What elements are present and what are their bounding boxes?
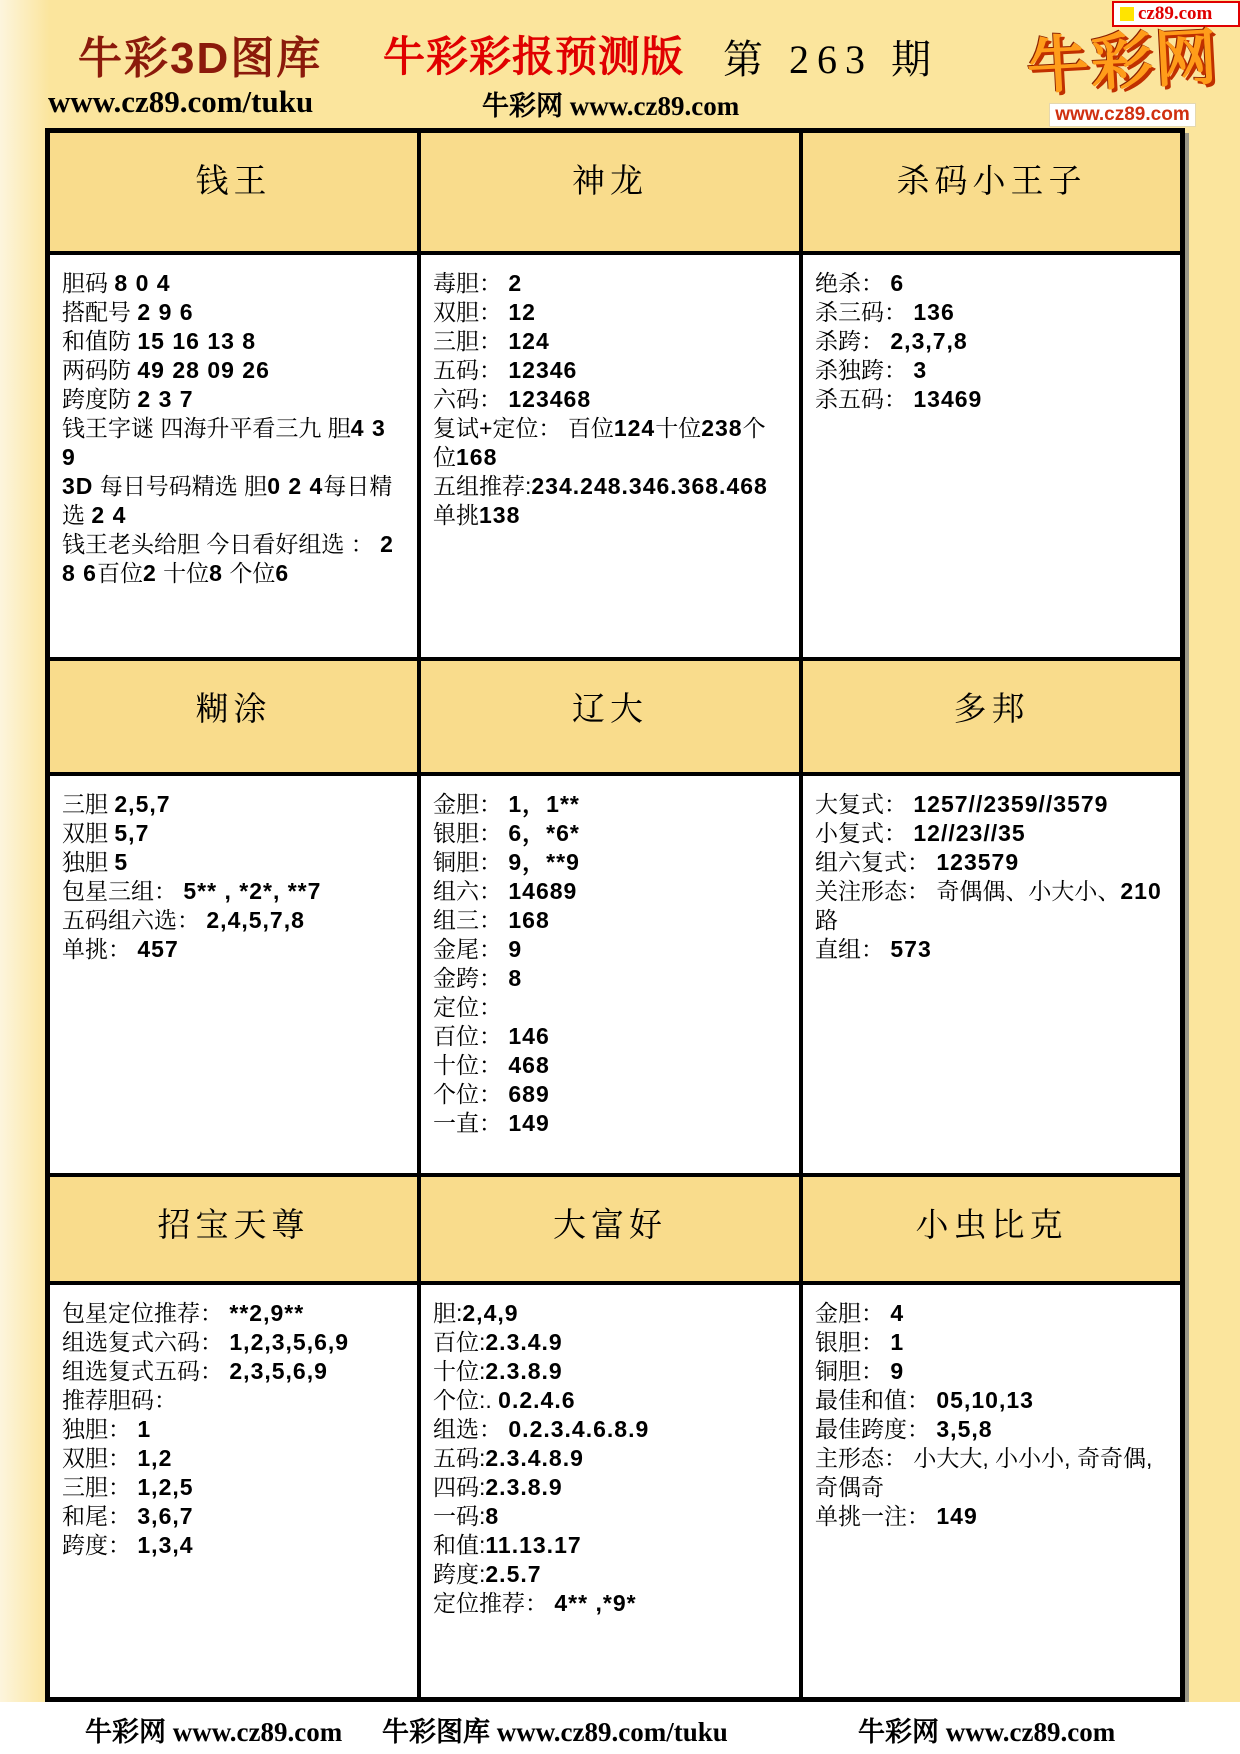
prediction-value: 1,3,4	[137, 1532, 193, 1558]
niucai-logo: 牛彩网 www.cz89.com	[1015, 12, 1230, 127]
prediction-table: 钱王 神龙 杀码小王子 胆码 8 0 4搭配号 2 9 6和值防 15 16 1…	[45, 128, 1185, 1702]
prediction-value: 2.3.4.8.9	[485, 1445, 584, 1471]
cell-body-shenlong: 毒胆： 2双胆： 12三胆： 124五码： 12346六码： 123468复试+…	[419, 253, 801, 659]
prediction-label: 跨度:	[433, 1561, 485, 1587]
cell-body-xiaochong: 金胆： 4银胆： 1铜胆： 9最佳和值： 05,10,13最佳跨度： 3,5,8…	[801, 1283, 1182, 1699]
prediction-line: 定位：	[433, 993, 787, 1022]
prediction-line: 百位： 146	[433, 1022, 787, 1051]
prediction-line: 金跨： 8	[433, 964, 787, 993]
prediction-label: 五码:	[433, 1445, 485, 1471]
prediction-value: 8	[209, 560, 223, 586]
prediction-value: 5,7	[114, 820, 149, 846]
prediction-line: 直组： 573	[815, 935, 1168, 964]
cell-title-dafuhao: 大富好	[419, 1175, 801, 1283]
site-tuku-url[interactable]: www.cz89.com/tuku	[48, 84, 313, 120]
prediction-value: 1	[137, 1416, 151, 1442]
prediction-value: 146	[508, 1023, 549, 1049]
prediction-line: 一码:8	[433, 1502, 787, 1531]
prediction-line: 五码组六选： 2,4,5,7,8	[62, 906, 405, 935]
prediction-value: 2 9 6	[137, 299, 193, 325]
prediction-line: 关注形态： 奇偶偶、小大小、210路	[815, 877, 1168, 935]
page-title: 牛彩彩报预测版	[383, 24, 684, 84]
prediction-line: 钱王字谜 四海升平看三九 胆4 3 9	[62, 414, 405, 472]
prediction-line: 两码防 49 28 09 26	[62, 356, 405, 385]
prediction-value: 2.3.4.9	[485, 1329, 562, 1355]
prediction-label: 六码：	[433, 386, 508, 412]
prediction-label: 百位：	[433, 1023, 508, 1049]
cell-body-zhaobao: 包星定位推荐： **2,9**组选复式六码： 1,2,3,5,6,9组选复式五码…	[48, 1283, 419, 1699]
prediction-label: 和值:	[433, 1532, 485, 1558]
prediction-value: 2.3.8.9	[485, 1358, 562, 1384]
prediction-value: 49 28 09 26	[137, 357, 270, 383]
prediction-value: 1257//2359//3579	[913, 791, 1108, 817]
prediction-value: 0.2.4.6	[498, 1387, 575, 1413]
prediction-value: 234.248.346.368.468	[531, 473, 767, 499]
prediction-label: 小复式：	[815, 820, 913, 846]
cell-title-qianwang: 钱王	[48, 131, 419, 253]
cell-body-qianwang: 胆码 8 0 4搭配号 2 9 6和值防 15 16 13 8两码防 49 28…	[48, 253, 419, 659]
prediction-line: 大复式： 1257//2359//3579	[815, 790, 1168, 819]
prediction-value: 12//23//35	[913, 820, 1025, 846]
prediction-line: 三胆： 1,2,5	[62, 1473, 405, 1502]
prediction-label: 百位	[97, 560, 143, 586]
prediction-label: 独胆	[62, 849, 114, 875]
prediction-line: 独胆 5	[62, 848, 405, 877]
prediction-label: 五组推荐:	[433, 473, 531, 499]
prediction-label: 两码防	[62, 357, 137, 383]
footer-link-center[interactable]: 牛彩图库 www.cz89.com/tuku	[382, 1710, 728, 1749]
prediction-line: 组六复式： 123579	[815, 848, 1168, 877]
prediction-value: 2.5.7	[485, 1561, 541, 1587]
prediction-value: 8 0 4	[114, 270, 170, 296]
prediction-label: 五码：	[433, 357, 508, 383]
prediction-label: 组选复式五码：	[62, 1358, 229, 1384]
footer-link-right[interactable]: 牛彩网 www.cz89.com	[858, 1710, 1115, 1749]
prediction-line: 金胆： 4	[815, 1299, 1168, 1328]
prediction-value: 457	[137, 936, 178, 962]
prediction-label: 组选复式六码：	[62, 1329, 229, 1355]
prediction-line: 小复式： 12//23//35	[815, 819, 1168, 848]
prediction-value: 9	[890, 1358, 904, 1384]
footer: 牛彩网 www.cz89.com 牛彩图库 www.cz89.com/tuku …	[0, 1702, 1240, 1754]
prediction-value: 1,2,5	[137, 1474, 193, 1500]
prediction-label: 铜胆：	[433, 849, 508, 875]
prediction-label: 三胆：	[62, 1474, 137, 1500]
prediction-label: 组六复式：	[815, 849, 936, 875]
prediction-line: 胆码 8 0 4	[62, 269, 405, 298]
logo-wordmark: 牛彩网	[1013, 6, 1232, 106]
prediction-value: 1	[890, 1329, 904, 1355]
prediction-value: 0 2 4	[267, 473, 323, 499]
prediction-line: 一直： 149	[433, 1109, 787, 1138]
prediction-line: 三胆 2,5,7	[62, 790, 405, 819]
prediction-line: 定位推荐： 4** ,*9*	[433, 1589, 787, 1618]
prediction-line: 跨度:2.5.7	[433, 1560, 787, 1589]
prediction-label: 最佳跨度：	[815, 1416, 936, 1442]
prediction-value: **2,9**	[229, 1300, 304, 1326]
prediction-label: 大复式：	[815, 791, 913, 817]
prediction-label: 银胆：	[815, 1329, 890, 1355]
prediction-line: 单挑一注： 149	[815, 1502, 1168, 1531]
cell-title-hutu: 糊涂	[48, 659, 419, 774]
cell-title-zhaobao: 招宝天尊	[48, 1175, 419, 1283]
prediction-label: 组三：	[433, 907, 508, 933]
prediction-line: 铜胆： 9，**9	[433, 848, 787, 877]
prediction-line: 银胆： 6，*6*	[433, 819, 787, 848]
prediction-label: 单挑	[433, 502, 479, 528]
prediction-line: 组三： 168	[433, 906, 787, 935]
prediction-value: 3D	[62, 473, 93, 499]
prediction-value: 573	[890, 936, 931, 962]
prediction-value: 689	[508, 1081, 549, 1107]
prediction-label: 百位:	[433, 1329, 485, 1355]
prediction-line: 复试+定位： 百位124十位238个位168	[433, 414, 787, 472]
prediction-label: 金尾：	[433, 936, 508, 962]
prediction-line: 五码： 12346	[433, 356, 787, 385]
prediction-label: 银胆：	[433, 820, 508, 846]
prediction-line: 独胆： 1	[62, 1415, 405, 1444]
prediction-line: 最佳跨度： 3,5,8	[815, 1415, 1168, 1444]
prediction-line: 和值防 15 16 13 8	[62, 327, 405, 356]
prediction-value: 149	[936, 1503, 977, 1529]
prediction-value: 12	[508, 299, 536, 325]
prediction-line: 铜胆： 9	[815, 1357, 1168, 1386]
prediction-label: 一直：	[433, 1110, 508, 1136]
prediction-line: 胆:2,4,9	[433, 1299, 787, 1328]
prediction-value: 123579	[936, 849, 1019, 875]
prediction-value: 2,3,5,6,9	[229, 1358, 328, 1384]
prediction-line: 双胆： 12	[433, 298, 787, 327]
prediction-value: 2	[143, 560, 157, 586]
prediction-label: 跨度防	[62, 386, 137, 412]
footer-link-left[interactable]: 牛彩网 www.cz89.com	[85, 1710, 342, 1749]
prediction-value: 05,10,13	[936, 1387, 1034, 1413]
prediction-line: 双胆： 1,2	[62, 1444, 405, 1473]
prediction-value: 2,3,7,8	[890, 328, 967, 354]
prediction-label: 搭配号	[62, 299, 137, 325]
prediction-line: 十位:2.3.8.9	[433, 1357, 787, 1386]
prediction-line: 组选复式五码： 2,3,5,6,9	[62, 1357, 405, 1386]
prediction-label: 金跨：	[433, 965, 508, 991]
cell-body-liaoda: 金胆： 1，1**银胆： 6，*6*铜胆： 9，**9组六： 14689组三： …	[419, 774, 801, 1175]
prediction-label: 关注形态： 奇偶偶、小大小、	[815, 878, 1120, 904]
prediction-line: 跨度防 2 3 7	[62, 385, 405, 414]
cell-body-hutu: 三胆 2,5,7双胆 5,7独胆 5包星三组： 5** , *2*, **7五码…	[48, 774, 419, 1175]
prediction-label: 十位	[157, 560, 209, 586]
cell-title-shenlong: 神龙	[419, 131, 801, 253]
prediction-value: 468	[508, 1052, 549, 1078]
prediction-line: 主形态： 小大大, 小小小, 奇奇偶, 奇偶奇	[815, 1444, 1168, 1502]
prediction-value: 124	[614, 415, 655, 441]
prediction-line: 绝杀： 6	[815, 269, 1168, 298]
page-subtitle-url[interactable]: 牛彩网 www.cz89.com	[482, 84, 739, 123]
prediction-value: 4** ,*9*	[554, 1590, 636, 1616]
prediction-label: 杀独跨：	[815, 357, 913, 383]
prediction-line: 杀五码： 13469	[815, 385, 1168, 414]
prediction-line: 银胆： 1	[815, 1328, 1168, 1357]
prediction-label: 包星定位推荐：	[62, 1300, 229, 1326]
prediction-line: 十位： 468	[433, 1051, 787, 1080]
prediction-label: 双胆	[62, 820, 114, 846]
prediction-line: 毒胆： 2	[433, 269, 787, 298]
prediction-label: 杀五码：	[815, 386, 913, 412]
prediction-label: 个位	[223, 560, 275, 586]
prediction-value: 210	[1120, 878, 1161, 904]
prediction-label: 三胆	[62, 791, 114, 817]
cell-title-shama: 杀码小王子	[801, 131, 1182, 253]
prediction-label: 胆:	[433, 1300, 462, 1326]
prediction-value: 2.3.8.9	[485, 1474, 562, 1500]
prediction-value: 238	[701, 415, 742, 441]
prediction-value: 14689	[508, 878, 577, 904]
prediction-value: 5	[114, 849, 128, 875]
prediction-line: 六码： 123468	[433, 385, 787, 414]
prediction-line: 五码:2.3.4.8.9	[433, 1444, 787, 1473]
prediction-line: 3D 每日号码精选 胆0 2 4每日精选 2 4	[62, 472, 405, 530]
prediction-line: 跨度： 1,3,4	[62, 1531, 405, 1560]
prediction-line: 五组推荐:234.248.346.368.468	[433, 472, 787, 501]
prediction-label: 个位:.	[433, 1387, 498, 1413]
prediction-value: 5** , *2*, **7	[183, 878, 321, 904]
prediction-label: 十位：	[433, 1052, 508, 1078]
prediction-label: 和尾：	[62, 1503, 137, 1529]
prediction-label: 双胆：	[62, 1445, 137, 1471]
prediction-line: 单挑： 457	[62, 935, 405, 964]
prediction-label: 钱王字谜 四海升平看三九 胆	[62, 415, 351, 441]
prediction-label: 个位：	[433, 1081, 508, 1107]
prediction-label: 独胆：	[62, 1416, 137, 1442]
prediction-value: 1,2	[137, 1445, 172, 1471]
prediction-line: 最佳和值： 05,10,13	[815, 1386, 1168, 1415]
prediction-label: 和值防	[62, 328, 137, 354]
prediction-line: 和值:11.13.17	[433, 1531, 787, 1560]
prediction-label: 双胆：	[433, 299, 508, 325]
prediction-value: 13469	[913, 386, 982, 412]
prediction-value: 6	[890, 270, 904, 296]
prediction-value: 2 3 7	[137, 386, 193, 412]
prediction-label: 毒胆：	[433, 270, 508, 296]
prediction-label: 复试+定位： 百位	[433, 415, 614, 441]
prediction-value: 1,2,3,5,6,9	[229, 1329, 349, 1355]
prediction-label: 铜胆：	[815, 1358, 890, 1384]
prediction-value: 0.2.3.4.6.8.9	[508, 1416, 649, 1442]
prediction-line: 三胆： 124	[433, 327, 787, 356]
prediction-value: 2,5,7	[114, 791, 170, 817]
site-title: 牛彩3D图库	[78, 22, 322, 86]
cell-title-duobang: 多邦	[801, 659, 1182, 774]
prediction-value: 11.13.17	[485, 1532, 581, 1558]
prediction-value: 3,6,7	[137, 1503, 193, 1529]
prediction-line: 杀三码： 136	[815, 298, 1168, 327]
prediction-value: 6，*6*	[508, 820, 579, 846]
prediction-value: 12346	[508, 357, 577, 383]
prediction-value: 2,4,9	[462, 1300, 518, 1326]
prediction-label: 金胆：	[815, 1300, 890, 1326]
prediction-label: 金胆：	[433, 791, 508, 817]
prediction-value: 1，1**	[508, 791, 579, 817]
prediction-line: 金胆： 1，1**	[433, 790, 787, 819]
prediction-value: 3	[913, 357, 927, 383]
prediction-line: 四码:2.3.8.9	[433, 1473, 787, 1502]
logo-url[interactable]: www.cz89.com	[1049, 103, 1195, 127]
cell-body-duobang: 大复式： 1257//2359//3579小复式： 12//23//35组六复式…	[801, 774, 1182, 1175]
prediction-line: 个位:. 0.2.4.6	[433, 1386, 787, 1415]
prediction-value: 6	[275, 560, 289, 586]
prediction-value: 149	[508, 1110, 549, 1136]
cell-title-liaoda: 辽大	[419, 659, 801, 774]
prediction-line: 组选复式六码： 1,2,3,5,6,9	[62, 1328, 405, 1357]
prediction-line: 百位:2.3.4.9	[433, 1328, 787, 1357]
prediction-label: 单挑：	[62, 936, 137, 962]
prediction-label: 组选：	[433, 1416, 508, 1442]
prediction-line: 和尾： 3,6,7	[62, 1502, 405, 1531]
prediction-label: 主形态： 小大大, 小小小, 奇奇偶, 奇偶奇	[815, 1445, 1152, 1500]
prediction-label: 定位：	[433, 994, 502, 1020]
prediction-line: 杀独跨： 3	[815, 356, 1168, 385]
prediction-label: 一码:	[433, 1503, 485, 1529]
prediction-value: 123468	[508, 386, 591, 412]
prediction-label: 十位	[655, 415, 701, 441]
prediction-value: 8	[485, 1503, 499, 1529]
prediction-value: 15 16 13 8	[137, 328, 256, 354]
prediction-line: 个位： 689	[433, 1080, 787, 1109]
prediction-label: 钱王老头给胆 今日看好组选 ：	[62, 531, 380, 557]
prediction-label: 杀跨：	[815, 328, 890, 354]
prediction-label: 五码组六选：	[62, 907, 206, 933]
prediction-label: 组六：	[433, 878, 508, 904]
prediction-value: 2 4	[91, 502, 126, 528]
cell-title-xiaochong: 小虫比克	[801, 1175, 1182, 1283]
prediction-line: 包星三组： 5** , *2*, **7	[62, 877, 405, 906]
issue-number: 第 263 期	[723, 28, 939, 85]
prediction-label: 推荐胆码：	[62, 1387, 177, 1413]
prediction-label: 路	[815, 907, 838, 933]
prediction-line: 组选： 0.2.3.4.6.8.9	[433, 1415, 787, 1444]
prediction-label: 跨度：	[62, 1532, 137, 1558]
prediction-line: 单挑138	[433, 501, 787, 530]
prediction-line: 搭配号 2 9 6	[62, 298, 405, 327]
cell-body-shama: 绝杀： 6杀三码： 136杀跨： 2,3,7,8杀独跨： 3杀五码： 13469	[801, 253, 1182, 659]
prediction-value: 9，**9	[508, 849, 579, 875]
prediction-label: 十位:	[433, 1358, 485, 1384]
prediction-value: 136	[913, 299, 954, 325]
prediction-line: 双胆 5,7	[62, 819, 405, 848]
prediction-value: 168	[456, 444, 497, 470]
prediction-value: 138	[479, 502, 520, 528]
prediction-label: 直组：	[815, 936, 890, 962]
cell-body-dafuhao: 胆:2,4,9百位:2.3.4.9十位:2.3.8.9个位:. 0.2.4.6组…	[419, 1283, 801, 1699]
prediction-label: 单挑一注：	[815, 1503, 936, 1529]
prediction-label: 胆码	[62, 270, 114, 296]
prediction-label: 定位推荐：	[433, 1590, 554, 1616]
prediction-label: 杀三码：	[815, 299, 913, 325]
prediction-value: 3,5,8	[936, 1416, 992, 1442]
prediction-value: 9	[508, 936, 522, 962]
prediction-value: 8	[508, 965, 522, 991]
prediction-line: 推荐胆码：	[62, 1386, 405, 1415]
prediction-value: 4	[890, 1300, 904, 1326]
prediction-label: 每日号码精选 胆	[93, 473, 267, 499]
prediction-value: 2,4,5,7,8	[206, 907, 305, 933]
prediction-line: 组六： 14689	[433, 877, 787, 906]
prediction-label: 四码:	[433, 1474, 485, 1500]
prediction-line: 包星定位推荐： **2,9**	[62, 1299, 405, 1328]
prediction-line: 钱王老头给胆 今日看好组选 ： 2 8 6百位2 十位8 个位6	[62, 530, 405, 588]
prediction-value: 124	[508, 328, 549, 354]
prediction-value: 2	[508, 270, 522, 296]
prediction-line: 金尾： 9	[433, 935, 787, 964]
prediction-label: 三胆：	[433, 328, 508, 354]
prediction-line: 杀跨： 2,3,7,8	[815, 327, 1168, 356]
prediction-label: 最佳和值：	[815, 1387, 936, 1413]
prediction-value: 168	[508, 907, 549, 933]
prediction-label: 包星三组：	[62, 878, 183, 904]
prediction-label: 绝杀：	[815, 270, 890, 296]
